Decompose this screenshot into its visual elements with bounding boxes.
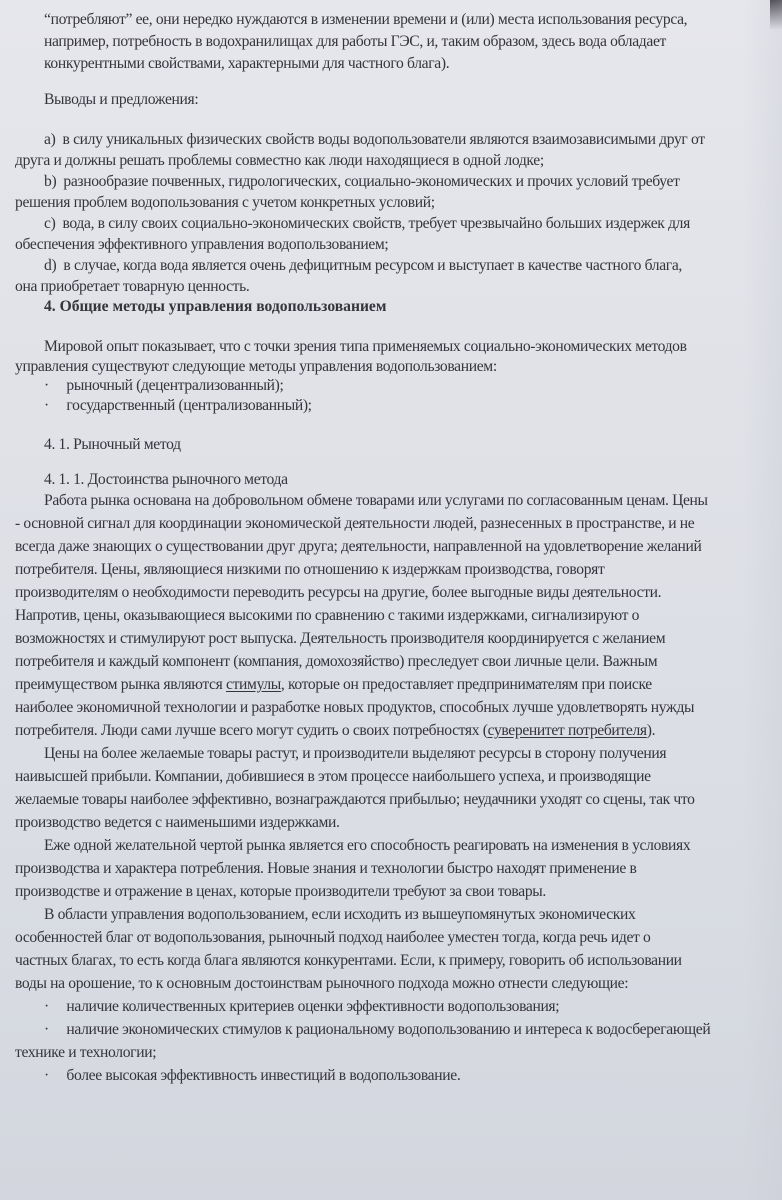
method-text: рыночный (децентрализованный); <box>66 377 283 394</box>
paragraph-line: - основной сигнал для координации эконом… <box>15 514 694 534</box>
paragraph-line: воды на орошение, то к основным достоинс… <box>15 974 628 994</box>
text-run: преимуществом рынка являются <box>15 676 226 693</box>
paragraph-line: наиболее экономичной технологии и разраб… <box>15 698 694 718</box>
paragraph-line: потребителя. Цены, являющиеся низкими по… <box>15 560 604 580</box>
term-incentives: стимулы <box>226 676 281 693</box>
paragraph-line: Цены на более желаемые товары растут, и … <box>44 744 666 764</box>
subsection-heading: 4. 1. 1. Достоинства рыночного метода <box>44 470 288 490</box>
paragraph-line: Напротив, цены, оказывающиеся высокими п… <box>15 606 639 626</box>
paragraph-line: возможностях и стимулируют рост выпуска.… <box>15 629 665 649</box>
bullet-icon: · <box>44 1067 49 1084</box>
paragraph-line: производства и характера потребления. Но… <box>15 859 636 879</box>
paragraph-line: потребителя. Люди сами лучше всего могут… <box>15 721 655 741</box>
conclusion-item-cont: она приобретает товарную ценность. <box>15 277 249 297</box>
method-item: · государственный (централизованный); <box>44 396 312 416</box>
paragraph-line: Мировой опыт показывает, что с точки зре… <box>44 337 687 357</box>
conclusion-text: вода, в силу своих социально-экономическ… <box>63 215 690 232</box>
paragraph-line: производство ведется с наименьшими издер… <box>15 813 340 833</box>
advantage-item: · более высокая эффективность инвестиций… <box>44 1066 460 1086</box>
conclusion-item-cont: решения проблем водопользования с учетом… <box>15 193 435 213</box>
conclusion-item: c) вода, в силу своих социально-экономич… <box>44 214 690 234</box>
conclusion-marker: a) <box>44 131 55 148</box>
method-item: · рыночный (децентрализованный); <box>44 376 283 396</box>
advantage-item: · наличие количественных критериев оценк… <box>44 997 559 1017</box>
subsection-heading: 4. 1. Рыночный метод <box>44 435 181 455</box>
advantage-text: более высокая эффективность инвестиций в… <box>66 1067 460 1084</box>
conclusion-marker: c) <box>44 215 55 232</box>
conclusion-item: d) в случае, когда вода является очень д… <box>44 256 682 276</box>
paragraph-line: всегда даже знающих о существовании друг… <box>15 537 702 557</box>
conclusion-item-cont: обеспечения эффективного управления водо… <box>15 235 388 255</box>
conclusion-item: a) в силу уникальных физических свойств … <box>44 130 705 150</box>
book-page: “потребляют” ее, они нередко нуждаются в… <box>0 0 782 1200</box>
paragraph-line: производстве и отражение в ценах, которы… <box>15 882 546 902</box>
paragraph-line: наивысшей прибыли. Компании, добившиеся … <box>15 767 651 787</box>
advantage-item-cont: технике и технологии; <box>15 1043 156 1063</box>
paragraph-line: особенностей благ от водопользования, ры… <box>15 928 650 948</box>
paragraph-line: Работа рынка основана на добровольном об… <box>44 491 708 511</box>
conclusion-marker: d) <box>44 257 56 274</box>
bullet-icon: · <box>44 397 49 414</box>
advantage-item: · наличие экономических стимулов к рацио… <box>44 1020 710 1040</box>
conclusion-item-cont: друга и должны решать проблемы совместно… <box>15 151 544 171</box>
advantage-text: наличие количественных критериев оценки … <box>66 998 559 1015</box>
intro-line: “потребляют” ее, они нередко нуждаются в… <box>44 10 687 30</box>
term-consumer-sovereignty: суверенитет потребителя <box>488 722 647 739</box>
bullet-icon: · <box>44 377 49 394</box>
intro-line: конкурентными свойствами, характерными д… <box>44 54 449 74</box>
conclusion-item: b) разнообразие почвенных, гидрологическ… <box>44 172 680 192</box>
conclusion-text: в случае, когда вода является очень дефи… <box>63 257 682 274</box>
paragraph-line: частных благах, то есть когда блага явля… <box>15 951 682 971</box>
advantage-text: наличие экономических стимулов к рациона… <box>66 1021 710 1038</box>
conclusions-heading: Выводы и предложения: <box>44 90 198 110</box>
paragraph-line: Еже одной желательной чертой рынка являе… <box>44 836 690 856</box>
paragraph-line: В области управления водопользованием, е… <box>44 905 635 925</box>
paragraph-line: преимуществом рынка являются стимулы, ко… <box>15 675 652 695</box>
method-text: государственный (централизованный); <box>66 397 311 414</box>
paragraph-line: потребителя и каждый компонент (компания… <box>15 652 657 672</box>
bullet-icon: · <box>44 1021 49 1038</box>
conclusion-marker: b) <box>44 173 56 190</box>
paragraph-line: управления существуют следующие методы у… <box>15 357 497 377</box>
paragraph-line: желаемые товары наиболее эффективно, воз… <box>15 790 695 810</box>
conclusion-text: в силу уникальных физических свойств вод… <box>63 131 705 148</box>
page-edge-shading <box>742 0 782 1200</box>
conclusion-text: разнообразие почвенных, гидрологических,… <box>63 173 679 190</box>
bullet-icon: · <box>44 998 49 1015</box>
intro-line: например, потребность в водохранилищах д… <box>44 32 666 52</box>
section-heading: 4. Общие методы управления водопользован… <box>44 297 386 317</box>
text-run: потребителя. Люди сами лучше всего могут… <box>15 722 488 739</box>
paragraph-line: производителям о необходимости переводит… <box>15 583 661 603</box>
text-run: ). <box>647 722 655 739</box>
text-run: , которые он предоставляет предпринимате… <box>281 676 652 693</box>
